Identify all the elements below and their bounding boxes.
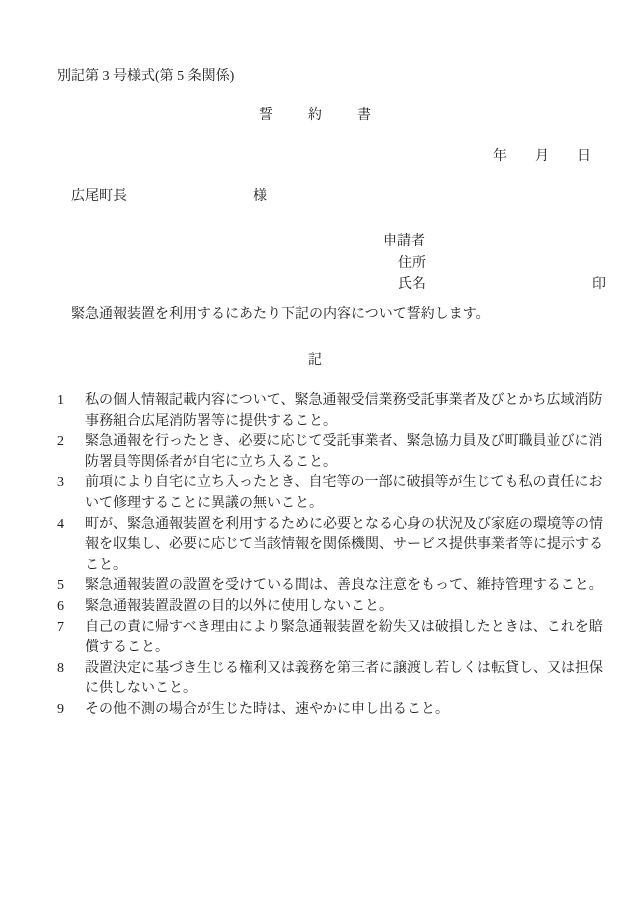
pledge-item-number: 7 (57, 618, 85, 639)
pledge-item-text: 私の個人情報記載内容について、緊急通報受信業務受託事業者及びとかち広域消防事務組… (85, 391, 609, 432)
pledge-item-number: 1 (57, 391, 85, 412)
pledge-item: 8 設置決定に基づき生じる権利又は義務を第三者に譲渡し若しくは転貸し、又は担保に… (57, 659, 609, 700)
pledge-intro: 緊急通報装置を利用するにあたり下記の内容について誓約します。 (57, 305, 490, 326)
document-title: 誓約書 (0, 109, 630, 123)
addressee-honorific: 様 (253, 190, 267, 204)
pledge-item: 6 緊急通報装置設置の目的以外に使用しないこと。 (57, 597, 609, 618)
pledge-item: 3 前項により自宅に立ち入ったとき、自宅等の一部に破損等が生じても私の責任におい… (57, 473, 609, 514)
pledge-list: 1 私の個人情報記載内容について、緊急通報受信業務受託事業者及びとかち広域消防事… (57, 391, 609, 721)
date-line: 年月日 (493, 150, 591, 164)
addressee-name: 広尾町長 (71, 190, 127, 204)
seal-label: 印 (592, 278, 606, 292)
pledge-item-text: 緊急通報を行ったとき、必要に応じて受託事業者、緊急協力員及び町職員並びに消防署員… (85, 432, 609, 473)
applicant-name-label: 氏名 (398, 278, 426, 292)
pledge-item-number: 9 (57, 700, 85, 721)
pledge-item: 5 緊急通報装置の設置を受けている間は、善良な注意をもって、維持管理すること。 (57, 576, 609, 597)
pledge-item: 2 緊急通報を行ったとき、必要に応じて受託事業者、緊急協力員及び町職員並びに消防… (57, 432, 609, 473)
pledge-item-text: その他不測の場合が生じた時は、速やかに申し出ること。 (85, 700, 609, 721)
applicant-address-label: 住所 (398, 257, 426, 271)
pledge-item-text: 設置決定に基づき生じる権利又は義務を第三者に譲渡し若しくは転貸し、又は担保に供し… (85, 659, 609, 700)
pledge-item-text: 自己の責に帰すべき理由により緊急通報装置を紛失又は破損したときは、これを賠償する… (85, 618, 609, 659)
pledge-item-number: 2 (57, 432, 85, 453)
form-number-label: 別記第 3 号様式(第 5 条関係) (57, 70, 234, 84)
pledge-item: 9 その他不測の場合が生じた時は、速やかに申し出ること。 (57, 700, 609, 721)
pledge-item-text: 前項により自宅に立ち入ったとき、自宅等の一部に破損等が生じても私の責任において修… (85, 473, 609, 514)
pledge-document-page: 別記第 3 号様式(第 5 条関係) 誓約書 年月日 広尾町長 様 申請者 住所… (0, 0, 630, 915)
list-marker-ki: 記 (0, 354, 630, 368)
month-label: 月 (535, 149, 549, 164)
pledge-item-number: 3 (57, 473, 85, 494)
pledge-item-number: 6 (57, 597, 85, 618)
pledge-item-text: 緊急通報装置設置の目的以外に使用しないこと。 (85, 597, 609, 618)
pledge-item: 1 私の個人情報記載内容について、緊急通報受信業務受託事業者及びとかち広域消防事… (57, 391, 609, 432)
pledge-item-number: 4 (57, 515, 85, 536)
year-label: 年 (493, 149, 507, 164)
pledge-item: 4 町が、緊急通報装置を利用するために必要となる心身の状況及び家庭の環境等の情報… (57, 515, 609, 577)
pledge-item: 7 自己の責に帰すべき理由により緊急通報装置を紛失又は破損したときは、これを賠償… (57, 618, 609, 659)
pledge-item-text: 緊急通報装置の設置を受けている間は、善良な注意をもって、維持管理すること。 (85, 576, 609, 597)
pledge-item-text: 町が、緊急通報装置を利用するために必要となる心身の状況及び家庭の環境等の情報を収… (85, 515, 609, 577)
applicant-label: 申請者 (383, 235, 425, 249)
pledge-item-number: 8 (57, 659, 85, 680)
pledge-item-number: 5 (57, 576, 85, 597)
day-label: 日 (577, 149, 591, 164)
